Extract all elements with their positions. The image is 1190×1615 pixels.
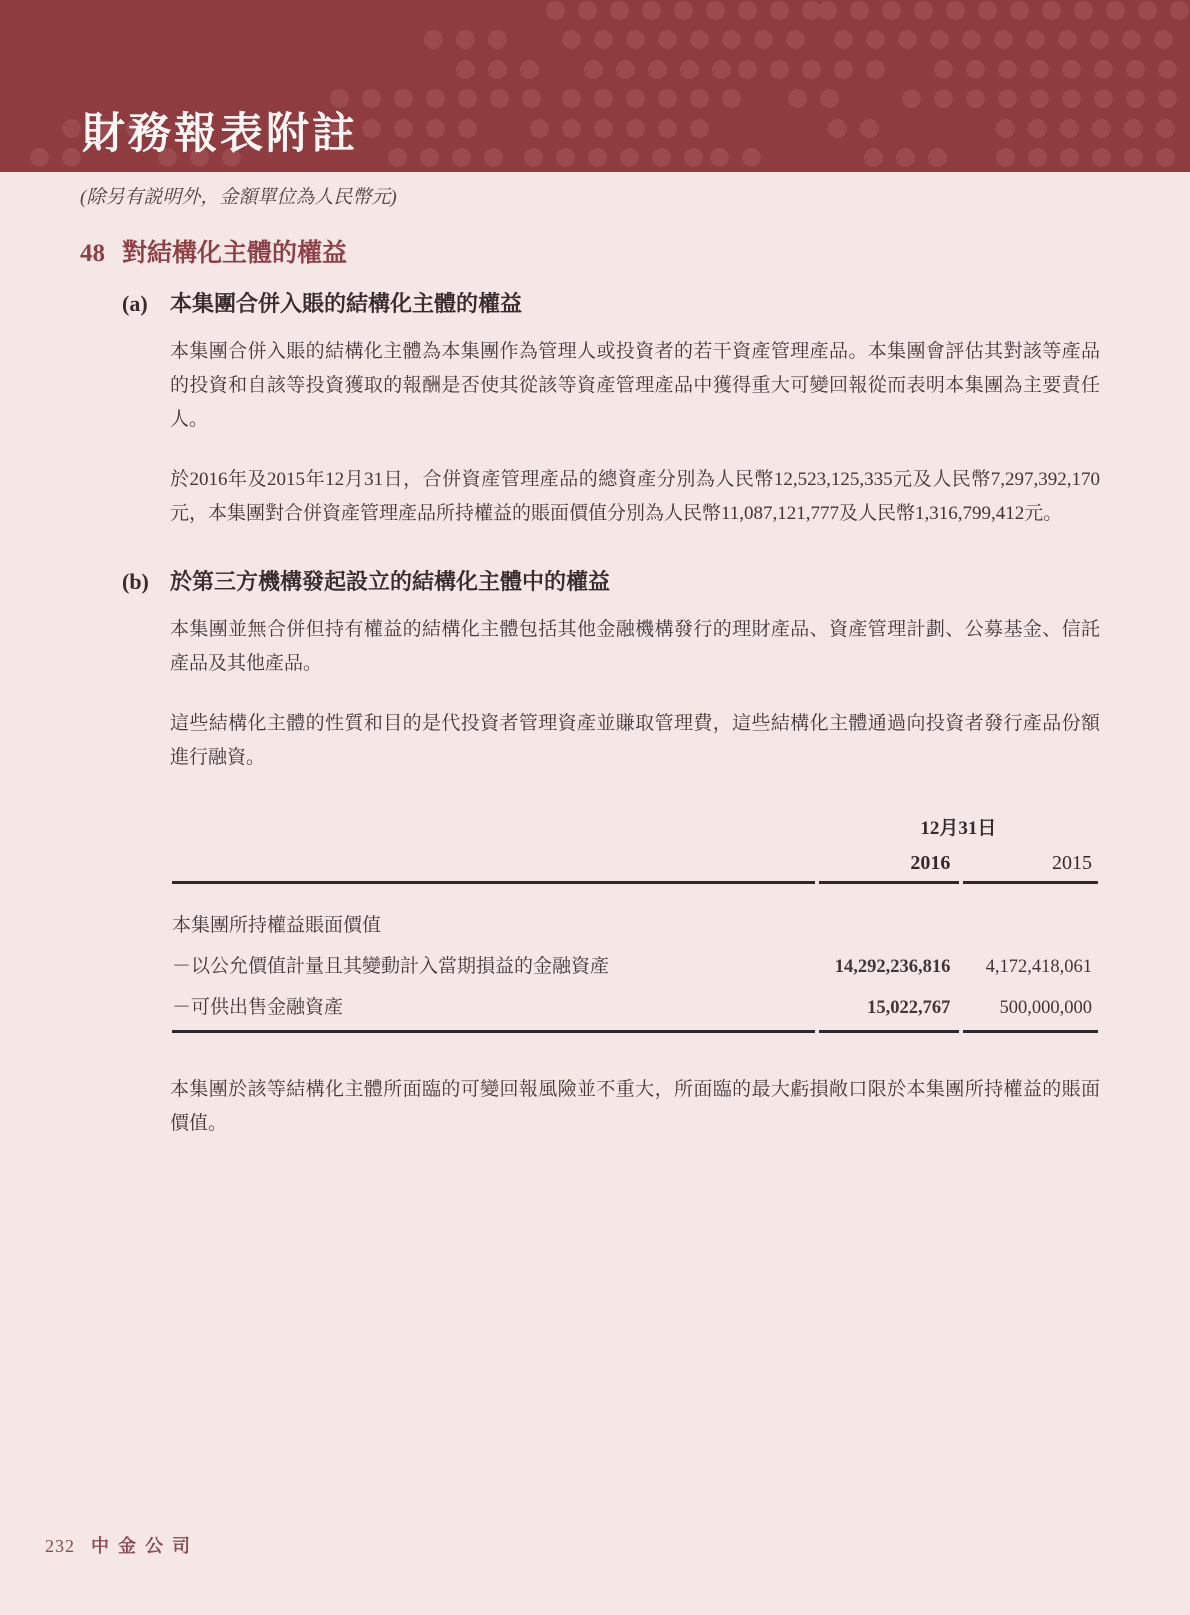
dot	[1060, 148, 1079, 167]
dot	[520, 60, 539, 79]
dot	[594, 89, 613, 108]
dot	[546, 1, 565, 20]
dot	[1154, 30, 1173, 49]
value-2015: 500,000,000	[963, 985, 1098, 1033]
dot	[556, 148, 575, 167]
dot	[710, 148, 729, 167]
dot	[966, 60, 985, 79]
dot	[616, 60, 635, 79]
dot	[1090, 30, 1109, 49]
dot	[456, 30, 475, 49]
dot	[680, 60, 699, 79]
dot	[530, 119, 549, 138]
dot	[1156, 148, 1175, 167]
table-year-row: 2016 2015	[172, 852, 1098, 884]
company-name: 中金公司	[91, 1532, 199, 1558]
dot	[928, 148, 947, 167]
row-label: －以公允價值計量且其變動計入當期損益的金融資產	[172, 944, 815, 985]
dot	[658, 119, 677, 138]
dot	[898, 30, 917, 49]
table-date-header: 12月31日	[819, 813, 1098, 852]
dot	[562, 30, 581, 49]
dot	[458, 119, 477, 138]
page-footer: 232 中金公司	[45, 1532, 199, 1558]
dot	[820, 89, 839, 108]
dot	[1028, 148, 1047, 167]
dot	[998, 89, 1017, 108]
dot	[850, 1, 869, 20]
dot	[578, 1, 597, 20]
dot	[994, 30, 1013, 49]
dot	[490, 89, 509, 108]
dot	[802, 60, 821, 79]
value-2015: 4,172,418,061	[963, 944, 1098, 985]
paragraph: 本集團合併入賬的結構化主體為本集團作為管理人或投資者的若干資產管理產品。本集團會…	[170, 335, 1100, 437]
row-label: －可供出售金融資產	[172, 985, 815, 1033]
subsection-label-b: (b)	[122, 569, 170, 595]
paragraph: 這些結構化主體的性質和目的是代投資者管理資產並賺取管理費，這些結構化主體通過向投…	[170, 707, 1100, 775]
dot	[962, 30, 981, 49]
subsection-label-a: (a)	[122, 291, 170, 317]
dot	[996, 119, 1015, 138]
page-number: 232	[45, 1536, 75, 1557]
dot	[860, 119, 879, 138]
dot	[934, 60, 953, 79]
dot	[1030, 60, 1049, 79]
dot	[978, 1, 997, 20]
dot	[388, 148, 407, 167]
dot	[690, 119, 709, 138]
dot	[524, 148, 543, 167]
dot	[712, 60, 731, 79]
dot	[394, 89, 413, 108]
dot	[1030, 89, 1049, 108]
dot	[1092, 119, 1111, 138]
dot	[488, 60, 507, 79]
dot	[866, 30, 885, 49]
dot	[610, 1, 629, 20]
dot	[30, 148, 49, 167]
dot	[966, 89, 985, 108]
dot	[1042, 1, 1061, 20]
dot	[584, 60, 603, 79]
dot	[1126, 89, 1145, 108]
dot	[770, 60, 789, 79]
table-date-row: 12月31日	[172, 813, 1098, 852]
dot	[1106, 1, 1125, 20]
dot	[1010, 1, 1029, 20]
dot	[754, 30, 773, 49]
dot	[834, 60, 853, 79]
dot	[1062, 60, 1081, 79]
financial-table: 12月31日 2016 2015 本集團所持權益賬面價值 －以公允價值計量且其變…	[168, 813, 1102, 1033]
dot	[362, 89, 381, 108]
dot	[1094, 60, 1113, 79]
dot	[62, 119, 81, 138]
dot	[722, 30, 741, 49]
dot	[896, 148, 915, 167]
dot	[588, 148, 607, 167]
dot	[1124, 119, 1143, 138]
report-page: 財務報表附註 (除另有説明外，金額單位為人民幣元) 48 對結構化主體的權益 (…	[0, 0, 1190, 1615]
dot	[674, 1, 693, 20]
paragraph: 本集團並無合併但持有權益的結構化主體包括其他金融機構發行的理財產品、資產管理計劃…	[170, 613, 1100, 681]
dot	[930, 30, 949, 49]
dot	[866, 60, 885, 79]
paragraph: 於2016年及2015年12月31日，合併資產管理產品的總資產分別為人民幣12,…	[170, 463, 1100, 531]
dot	[648, 60, 667, 79]
dot	[818, 1, 837, 20]
dot	[456, 60, 475, 79]
dot	[658, 30, 677, 49]
subsection-title-b: 於第三方機構發起設立的結構化主體中的權益	[170, 565, 610, 596]
dot	[452, 148, 471, 167]
dot	[1094, 89, 1113, 108]
dot	[620, 148, 639, 167]
dot	[642, 1, 661, 20]
dot	[996, 148, 1015, 167]
dot	[864, 148, 883, 167]
section-title: 對結構化主體的權益	[122, 233, 347, 269]
dot	[834, 30, 853, 49]
subsection-heading-b: (b) 於第三方機構發起設立的結構化主體中的權益	[122, 565, 1190, 596]
dot	[706, 1, 725, 20]
value-2016: 15,022,767	[819, 985, 960, 1033]
value-2016: 14,292,236,816	[819, 944, 960, 985]
section-heading: 48 對結構化主體的權益	[80, 233, 1190, 269]
dot	[770, 1, 789, 20]
section-number: 48	[80, 240, 122, 268]
dot	[362, 119, 381, 138]
column-header-2015: 2015	[963, 852, 1098, 884]
dot	[914, 1, 933, 20]
subsection-title-a: 本集團合併入賬的結構化主體的權益	[170, 287, 522, 318]
dot	[1158, 60, 1177, 79]
dot	[626, 30, 645, 49]
closing-paragraph: 本集團於該等結構化主體所面臨的可變回報風險並不重大，所面臨的最大虧損敞口限於本集…	[170, 1073, 1100, 1141]
table-row: －可供出售金融資產 15,022,767 500,000,000	[172, 985, 1098, 1033]
dot	[1028, 119, 1047, 138]
dot	[1122, 30, 1141, 49]
table-row: －以公允價值計量且其變動計入當期損益的金融資產 14,292,236,816 4…	[172, 944, 1098, 985]
dot	[484, 148, 503, 167]
dot	[626, 89, 645, 108]
dot	[828, 119, 847, 138]
dot	[1126, 60, 1145, 79]
dot	[738, 60, 757, 79]
dot	[934, 89, 953, 108]
dot	[652, 148, 671, 167]
dot	[458, 89, 477, 108]
dot	[1124, 148, 1143, 167]
value-2015	[963, 884, 1098, 944]
dot	[594, 119, 613, 138]
dot	[946, 1, 965, 20]
column-header-2016: 2016	[819, 852, 960, 884]
dot	[1060, 119, 1079, 138]
page-title: 財務報表附註	[82, 100, 358, 161]
dot	[1156, 119, 1175, 138]
dot	[420, 148, 439, 167]
dot	[786, 30, 805, 49]
subsection-heading-a: (a) 本集團合併入賬的結構化主體的權益	[122, 287, 1190, 318]
dot	[1058, 30, 1077, 49]
dot	[562, 119, 581, 138]
dot	[1092, 148, 1111, 167]
value-2016	[819, 884, 960, 944]
dot	[1170, 1, 1189, 20]
row-label: 本集團所持權益賬面價值	[172, 884, 815, 944]
dot	[522, 89, 541, 108]
dot	[424, 30, 443, 49]
empty-cell	[172, 813, 815, 852]
dot	[742, 148, 761, 167]
currency-note: (除另有説明外，金額單位為人民幣元)	[80, 182, 1190, 209]
dot	[738, 1, 757, 20]
dot	[690, 30, 709, 49]
dot	[1026, 30, 1045, 49]
dot	[426, 89, 445, 108]
dot	[902, 89, 921, 108]
dot	[394, 119, 413, 138]
dot	[1062, 89, 1081, 108]
dot	[62, 148, 81, 167]
table-row: 本集團所持權益賬面價值	[172, 884, 1098, 944]
dot	[594, 30, 613, 49]
dot	[1158, 89, 1177, 108]
dot	[722, 89, 741, 108]
dot	[788, 89, 807, 108]
page-header-band: 財務報表附註	[0, 0, 1190, 172]
dot	[626, 119, 645, 138]
empty-cell	[172, 852, 815, 884]
dot	[488, 30, 507, 49]
dot	[998, 60, 1017, 79]
dot	[690, 89, 709, 108]
dot	[882, 1, 901, 20]
dot	[426, 119, 445, 138]
dot	[684, 148, 703, 167]
dot	[1074, 1, 1093, 20]
dot	[562, 89, 581, 108]
dot	[658, 89, 677, 108]
dot	[1138, 1, 1157, 20]
